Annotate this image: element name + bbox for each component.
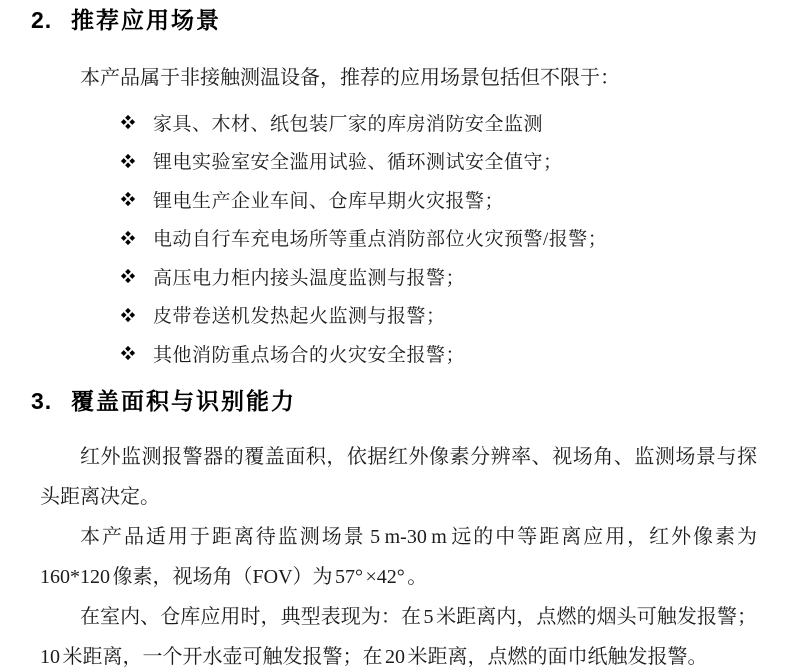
heading-title: 推荐应用场景: [71, 6, 221, 36]
list-item-text: 皮带卷送机发热起火监测与报警；: [153, 301, 446, 328]
heading-number: 3.: [31, 386, 71, 416]
list-item-text: 其他消防重点场合的火灾安全报警；: [153, 340, 465, 367]
section-heading-coverage: 3. 覆盖面积与识别能力: [31, 386, 757, 417]
list-item: 高压电力柜内接头温度监测与报警；: [120, 257, 757, 296]
heading-number: 2.: [31, 5, 71, 35]
diamond-bullet-icon: [120, 307, 135, 322]
list-item: 皮带卷送机发热起火监测与报警；: [120, 296, 757, 335]
list-item-text: 家具、木材、纸包装厂家的库房消防安全监测: [153, 109, 543, 136]
list-item-text: 锂电生产企业车间、仓库早期火灾报警；: [153, 186, 504, 213]
diamond-bullet-icon: [120, 269, 135, 284]
list-item-text: 电动自行车充电场所等重点消防部位火灾预警/报警；: [153, 224, 607, 251]
diamond-bullet-icon: [120, 153, 135, 168]
list-item: 电动自行车充电场所等重点消防部位火灾预警/报警；: [120, 219, 757, 258]
paragraph-typical-performance: 在室内、仓库应用时，典型表现为：在 5 米距离内，点燃的烟头可触发报警；10 米…: [40, 597, 757, 672]
list-item: 锂电实验室安全滥用试验、循环测试安全值守；: [120, 142, 757, 181]
document-page: 2. 推荐应用场景 本产品属于非接触测温设备，推荐的应用场景包括但不限于： 家具…: [0, 0, 790, 672]
diamond-bullet-icon: [120, 230, 135, 245]
list-item: 锂电生产企业车间、仓库早期火灾报警；: [120, 180, 757, 219]
diamond-bullet-icon: [120, 346, 135, 361]
list-item: 其他消防重点场合的火灾安全报警；: [120, 334, 757, 373]
list-item-text: 锂电实验室安全滥用试验、循环测试安全值守；: [153, 147, 563, 174]
paragraph-distance-spec: 本产品适用于距离待监测场景 5 m-30 m 远的中等距离应用，红外像素为 16…: [40, 517, 757, 597]
paragraph-coverage-factors: 红外监测报警器的覆盖面积，依据红外像素分辨率、视场角、监测场景与探头距离决定。: [40, 437, 757, 517]
list-item-text: 高压电力柜内接头温度监测与报警；: [153, 263, 465, 290]
heading-title: 覆盖面积与识别能力: [71, 387, 296, 417]
diamond-bullet-icon: [120, 192, 135, 207]
intro-paragraph: 本产品属于非接触测温设备，推荐的应用场景包括但不限于：: [40, 58, 757, 98]
list-item: 家具、木材、纸包装厂家的库房消防安全监测: [120, 103, 757, 142]
section-heading-applications: 2. 推荐应用场景: [31, 5, 757, 36]
application-scenarios-list: 家具、木材、纸包装厂家的库房消防安全监测 锂电实验室安全滥用试验、循环测试安全值…: [40, 103, 757, 373]
diamond-bullet-icon: [120, 115, 135, 130]
